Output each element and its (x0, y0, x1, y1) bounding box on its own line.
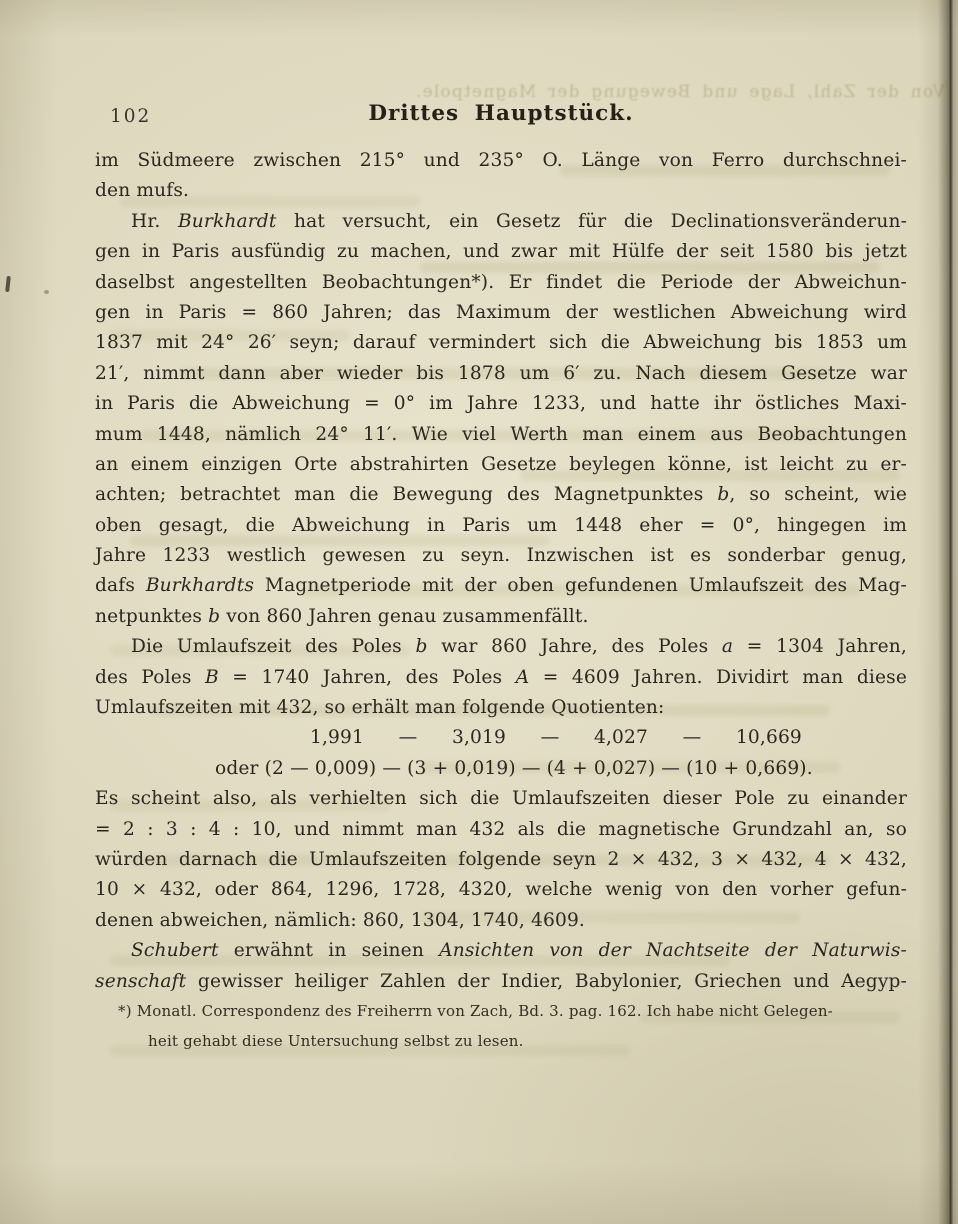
text-segment: = 4609 Jahren. Dividirt man diese (529, 667, 907, 688)
text-line: Die Umlaufszeit des Poles b war 860 Jahr… (95, 632, 907, 662)
italic-text: A (516, 667, 530, 688)
text-segment: Magnetperiode mit der oben gefundenen Um… (254, 575, 907, 596)
text-segment: mum 1448, nämlich 24° 11′. Wie viel Wert… (95, 424, 907, 445)
text-segment: — (683, 723, 702, 753)
text-segment: 21′, nimmt dann aber wieder bis 1878 um … (95, 363, 907, 384)
italic-text: b (717, 484, 729, 505)
text-segment: Die Umlaufszeit des Poles (131, 636, 416, 657)
text-segment: den mufs. (95, 180, 189, 201)
text-segment: hat versucht, ein Gesetz für die Declina… (276, 211, 907, 232)
text-segment: — (399, 723, 418, 753)
text-line: oben gesagt, die Abweichung in Paris um … (95, 511, 907, 541)
italic-text: b (208, 606, 220, 627)
text-segment: 1837 mit 24° 26′ seyn; darauf vermindert… (95, 332, 907, 353)
footnote-line: heit gehabt diese Untersuchung selbst zu… (118, 1026, 890, 1056)
text-segment: = 2 : 3 : 4 : 10, und nimmt man 432 als … (95, 819, 907, 840)
scanned-book-page: { "page": { "number": "102", "running_he… (0, 0, 958, 1224)
text-segment: Hr. (131, 211, 178, 232)
text-segment: Jahre 1233 westlich gewesen zu seyn. Inz… (95, 545, 907, 566)
text-segment: oder (2 — 0,009) — (3 + 0,019) — (4 + 0,… (215, 758, 813, 779)
page-edge-shadow (918, 0, 958, 1224)
text-line: würden darnach die Umlaufszeiten folgend… (95, 845, 907, 875)
text-segment: = 1304 Jahren, (733, 636, 907, 657)
text-line: 10 × 432, oder 864, 1296, 1728, 4320, we… (95, 875, 907, 905)
text-segment: gewisser heiliger Zahlen der Indier, Bab… (186, 971, 907, 992)
text-line: netpunktes b von 860 Jahren genau zusamm… (95, 602, 907, 632)
text-segment: Umlaufszeiten mit 432, so erhält man fol… (95, 697, 664, 718)
text-line: oder (2 — 0,009) — (3 + 0,019) — (4 + 0,… (95, 754, 907, 784)
running-header: Drittes Hauptstück. (95, 101, 907, 126)
text-line: daselbst angestellten Beobachtungen*). E… (95, 268, 907, 298)
text-segment: war 860 Jahre, des Poles (428, 636, 722, 657)
text-segment: denen abweichen, nämlich: 860, 1304, 174… (95, 910, 585, 931)
text-line: gen in Paris ausfündig zu machen, und zw… (95, 237, 907, 267)
text-segment: würden darnach die Umlaufszeiten folgend… (95, 849, 907, 870)
italic-text: b (416, 636, 428, 657)
text-line: senschaft gewisser heiliger Zahlen der I… (95, 967, 907, 997)
text-segment: netpunktes (95, 606, 208, 627)
text-segment: = 1740 Jahren, des Poles (219, 667, 516, 688)
footnote-line: *) Monatl. Correspondenz des Freiherrn v… (118, 996, 890, 1026)
text-line: Hr. Burkhardt hat versucht, ein Gesetz f… (95, 207, 907, 237)
text-line: den mufs. (95, 176, 907, 206)
text-segment: 4,027 (594, 723, 648, 753)
text-line: 21′, nimmt dann aber wieder bis 1878 um … (95, 359, 907, 389)
text-segment: von 860 Jahren genau zusammenfällt. (220, 606, 588, 627)
text-line: 1837 mit 24° 26′ seyn; darauf vermindert… (95, 328, 907, 358)
text-segment: erwähnt in seinen (219, 940, 440, 961)
footnote: *) Monatl. Correspondenz des Freiherrn v… (118, 996, 890, 1056)
text-segment: gen in Paris = 860 Jahren; das Maximum d… (95, 302, 907, 323)
text-line: = 2 : 3 : 4 : 10, und nimmt man 432 als … (95, 815, 907, 845)
text-line: Es scheint also, als verhielten sich die… (95, 784, 907, 814)
margin-ink-dot (44, 290, 49, 294)
italic-text: a (722, 636, 733, 657)
italic-text: Burkhardts (146, 575, 254, 596)
italic-text: Burkhardt (178, 211, 276, 232)
text-line: des Poles B = 1740 Jahren, des Poles A =… (95, 663, 907, 693)
text-segment: Es scheint also, als verhielten sich die… (95, 788, 907, 809)
text-segment: dafs (95, 575, 146, 596)
text-segment: im Südmeere zwischen 215° und 235° O. Lä… (95, 150, 907, 171)
italic-text: Ansichten von der Nachtseite der Naturwi… (439, 940, 907, 961)
text-segment: 10 × 432, oder 864, 1296, 1728, 4320, we… (95, 879, 907, 900)
text-segment: gen in Paris ausfündig zu machen, und zw… (95, 241, 907, 262)
text-segment: an einem einzigen Orte abstrahirten Gese… (95, 454, 907, 475)
margin-ink-mark (5, 276, 11, 292)
text-segment: in Paris die Abweichung = 0° im Jahre 12… (95, 393, 907, 414)
text-segment: achten; betrachtet man die Bewegung des … (95, 484, 717, 505)
text-line: Umlaufszeiten mit 432, so erhält man fol… (95, 693, 907, 723)
body-text: im Südmeere zwischen 215° und 235° O. Lä… (95, 146, 907, 997)
text-segment: 3,019 (452, 723, 506, 753)
text-segment: 10,669 (736, 723, 802, 753)
text-segment: — (541, 723, 560, 753)
showthrough-verso-header: Von der Zahl, Lage und Bewegung der Magn… (300, 82, 945, 102)
text-line: denen abweichen, nämlich: 860, 1304, 174… (95, 906, 907, 936)
text-line: an einem einzigen Orte abstrahirten Gese… (95, 450, 907, 480)
text-line: in Paris die Abweichung = 0° im Jahre 12… (95, 389, 907, 419)
italic-text: senschaft (95, 971, 186, 992)
text-line: im Südmeere zwischen 215° und 235° O. Lä… (95, 146, 907, 176)
text-segment: daselbst angestellten Beobachtungen*). E… (95, 272, 907, 293)
text-line: gen in Paris = 860 Jahren; das Maximum d… (95, 298, 907, 328)
italic-text: Schubert (131, 940, 219, 961)
text-segment: , so scheint, wie (729, 484, 907, 505)
text-segment: oben gesagt, die Abweichung in Paris um … (95, 515, 907, 536)
text-segment: des Poles (95, 667, 205, 688)
text-line: Jahre 1233 westlich gewesen zu seyn. Inz… (95, 541, 907, 571)
text-line: achten; betrachtet man die Bewegung des … (95, 480, 907, 510)
text-line: mum 1448, nämlich 24° 11′. Wie viel Wert… (95, 420, 907, 450)
text-segment: 1,991 (310, 723, 364, 753)
text-line: dafs Burkhardts Magnetperiode mit der ob… (95, 571, 907, 601)
italic-text: B (205, 667, 219, 688)
text-line: Schubert erwähnt in seinen Ansichten von… (95, 936, 907, 966)
text-line: 1,991—3,019—4,027—10,669 (95, 723, 907, 753)
